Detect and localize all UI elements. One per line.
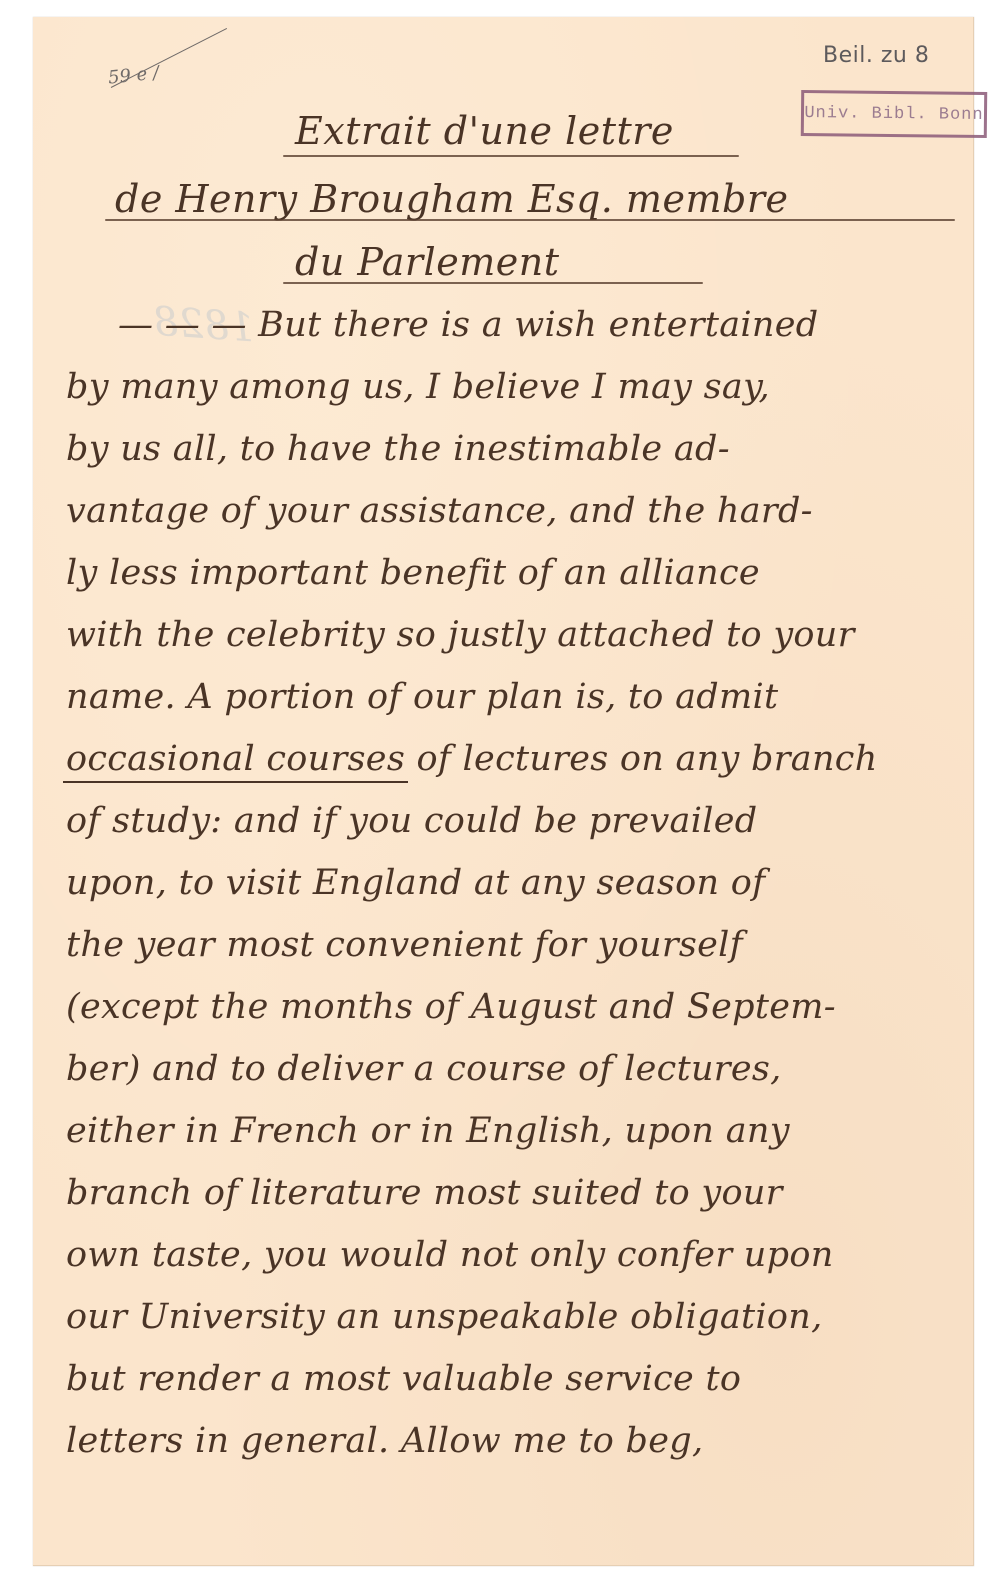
heading-line-3: du Parlement (295, 240, 559, 284)
body-line-19: letters in general. Allow me to beg, (66, 1421, 703, 1461)
body-line-11: the year most convenient for yourself (66, 925, 743, 965)
emphasis-underline (63, 781, 408, 783)
body-line-2: by many among us, I believe I may say, (66, 367, 770, 407)
body-line-15: branch of literature most suited to your (66, 1173, 783, 1213)
body-line-4: vantage of your assistance, and the hard… (66, 491, 813, 531)
library-stamp-text: Univ. Bibl. Bonn (804, 104, 983, 125)
heading-line-2: de Henry Brougham Esq. membre (115, 177, 788, 221)
heading-underline-1 (283, 155, 739, 157)
body-line-17: our University an unspeakable obligation… (66, 1297, 823, 1337)
body-line-8: occasional courses of lectures on any br… (66, 739, 878, 779)
body-line-1: — — — But there is a wish entertained (118, 305, 818, 345)
body-line-9: of study: and if you could be prevailed (66, 801, 757, 841)
heading-underline-3 (283, 282, 703, 284)
page: 1828 59 e / Beil. zu 8 Univ. Bibl. Bonn … (0, 0, 1000, 1584)
body-line-10: upon, to visit England at any season of (66, 863, 765, 903)
folio-slash (111, 28, 227, 88)
body-line-13: ber) and to deliver a course of lectures… (66, 1049, 782, 1089)
archive-note: Beil. zu 8 (823, 43, 929, 68)
body-line-14: either in French or in English, upon any (66, 1111, 790, 1151)
body-line-16: own taste, you would not only confer upo… (66, 1235, 834, 1275)
body-line-18: but render a most valuable service to (66, 1359, 741, 1399)
body-line-5: ly less important benefit of an alliance (66, 553, 760, 593)
heading-underline-2 (105, 219, 955, 221)
heading-line-1: Extrait d'une lettre (295, 109, 674, 153)
library-stamp: Univ. Bibl. Bonn (801, 90, 987, 138)
manuscript-sheet: 1828 59 e / Beil. zu 8 Univ. Bibl. Bonn … (33, 17, 974, 1566)
body-line-7: name. A portion of our plan is, to admit (66, 677, 778, 717)
body-line-6: with the celebrity so justly attached to… (66, 615, 855, 655)
body-line-12: (except the months of August and Septem- (66, 987, 836, 1027)
body-line-3: by us all, to have the inestimable ad- (66, 429, 730, 469)
